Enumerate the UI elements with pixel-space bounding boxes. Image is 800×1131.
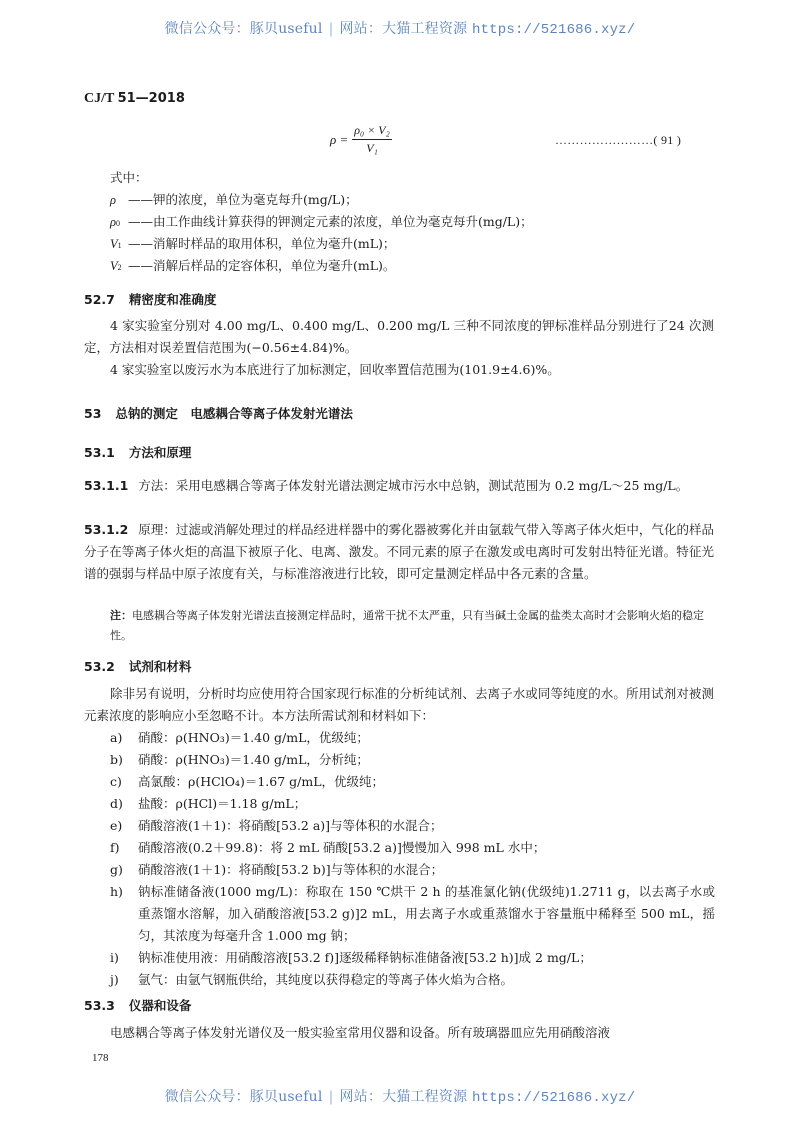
heading-52-7: 52.7精密度和准确度 — [84, 290, 216, 308]
list-item: a)硝酸：ρ(HNO₃)＝1.40 g/mL，优级纯； — [110, 727, 715, 749]
var-desc: ——消解时样品的取用体积，单位为毫升(mL)； — [128, 236, 395, 251]
note-text: 电感耦合等离子体发射光谱法直接测定样品时，通常干扰不太严重，只有当碱土金属的盐类… — [110, 609, 704, 642]
list-item: i)钠标准使用液：用硝酸溶液[53.2 f)]逐级稀释钠标准储备液[53.2 h… — [110, 947, 715, 969]
note: 注：电感耦合等离子体发射光谱法直接测定样品时，通常干扰不太严重，只有当碱土金属的… — [110, 606, 710, 646]
standard-number: 51—2018 — [118, 91, 185, 106]
list-item: f)硝酸溶液(0.2＋99.8)：将 2 mL 硝酸[53.2 a)]慢慢加入 … — [110, 837, 715, 859]
watermark-wechat: 微信公众号：豚贝useful — [165, 1089, 323, 1105]
watermark-site: 网站：大猫工程资源 — [339, 1089, 467, 1105]
list-item: b)硝酸：ρ(HNO₃)＝1.40 g/mL，分析纯； — [110, 749, 715, 771]
formula-numerator: ρ₀ × V₂ — [352, 123, 392, 140]
standard-code: CJ/T 51—2018 — [84, 91, 185, 107]
watermark-separator: | — [329, 21, 334, 37]
var-symbol: ρ0 — [110, 215, 124, 230]
list-item: h)钠标准储备液(1000 mg/L)：称取在 150 ℃烘干 2 h 的基准氯… — [110, 881, 715, 947]
variable-rho: ρ ——钾的浓度，单位为毫克每升(mg/L)； — [110, 190, 358, 208]
var-desc: ——消解后样品的定容体积，单位为毫升(mL)。 — [128, 258, 395, 273]
watermark-url[interactable]: https://521686.xyz/ — [472, 1090, 635, 1106]
formula-91: ρ = ρ₀ × V₂ V₁ — [330, 123, 392, 156]
heading-53-3: 53.3仪器和设备 — [84, 996, 191, 1014]
heading-53: 53总钠的测定 电感耦合等离子体发射光谱法 — [84, 404, 353, 422]
clause-53-1-1: 53.1.1方法：采用电感耦合等离子体发射光谱法测定城市污水中总钠，测试范围为 … — [84, 475, 714, 497]
var-symbol: V2 — [110, 259, 124, 274]
paragraph-53-2-intro: 除非另有说明，分析时均应使用符合国家现行标准的分析纯试剂、去离子水或同等纯度的水… — [84, 683, 714, 727]
where-label: 式中： — [110, 168, 148, 186]
watermark-top: 微信公众号：豚贝useful|网站：大猫工程资源 https://521686.… — [0, 18, 800, 38]
watermark-url[interactable]: https://521686.xyz/ — [472, 22, 635, 38]
list-item: j)氩气：由氩气钢瓶供给，其纯度以获得稳定的等离子体火焰为合格。 — [110, 969, 715, 991]
standard-prefix: CJ/T — [84, 91, 114, 106]
watermark-separator: | — [329, 1089, 334, 1105]
paragraph-52-7-2: 4 家实验室以废污水为本底进行了加标测定，回收率置信范围为(101.9±4.6)… — [84, 359, 714, 381]
watermark-wechat: 微信公众号：豚贝useful — [165, 21, 323, 37]
formula-lhs: ρ = — [330, 132, 348, 148]
page-number: 178 — [92, 1052, 109, 1064]
paragraph-52-7-1: 4 家实验室分别对 4.00 mg/L、0.400 mg/L、0.200 mg/… — [84, 315, 714, 359]
formula-denominator: V₁ — [366, 140, 378, 156]
reagent-list: a)硝酸：ρ(HNO₃)＝1.40 g/mL，优级纯； b)硝酸：ρ(HNO₃)… — [110, 727, 715, 991]
heading-53-1: 53.1方法和原理 — [84, 443, 191, 461]
var-desc: ——钾的浓度，单位为毫克每升(mg/L)； — [128, 192, 358, 207]
equation-number: ……………………( 91 ) — [555, 133, 681, 148]
variable-v2: V2 ——消解后样品的定容体积，单位为毫升(mL)。 — [110, 256, 395, 274]
formula-fraction: ρ₀ × V₂ V₁ — [352, 123, 392, 156]
heading-53-2: 53.2试剂和材料 — [84, 657, 191, 675]
note-label: 注： — [110, 609, 132, 622]
var-symbol: V1 — [110, 237, 124, 252]
variable-rho0: ρ0 ——由工作曲线计算获得的钾测定元素的浓度，单位为毫克每升(mg/L)； — [110, 212, 533, 230]
paragraph-53-3: 电感耦合等离子体发射光谱仪及一般实验室常用仪器和设备。所有玻璃器皿应先用硝酸溶液 — [84, 1022, 714, 1044]
variable-v1: V1 ——消解时样品的取用体积，单位为毫升(mL)； — [110, 234, 395, 252]
list-item: c)高氯酸：ρ(HClO₄)＝1.67 g/mL，优级纯； — [110, 771, 715, 793]
watermark-site: 网站：大猫工程资源 — [339, 21, 467, 37]
var-symbol: ρ — [110, 193, 124, 208]
clause-53-1-2: 53.1.2原理：过滤或消解处理过的样品经进样器中的雾化器被雾化并由氩载气带入等… — [84, 519, 714, 585]
list-item: d)盐酸：ρ(HCl)＝1.18 g/mL； — [110, 793, 715, 815]
var-desc: ——由工作曲线计算获得的钾测定元素的浓度，单位为毫克每升(mg/L)； — [128, 214, 533, 229]
list-item: g)硝酸溶液(1＋1)：将硝酸[53.2 b)]与等体积的水混合； — [110, 859, 715, 881]
list-item: e)硝酸溶液(1＋1)：将硝酸[53.2 a)]与等体积的水混合； — [110, 815, 715, 837]
watermark-bottom: 微信公众号：豚贝useful|网站：大猫工程资源 https://521686.… — [0, 1086, 800, 1106]
